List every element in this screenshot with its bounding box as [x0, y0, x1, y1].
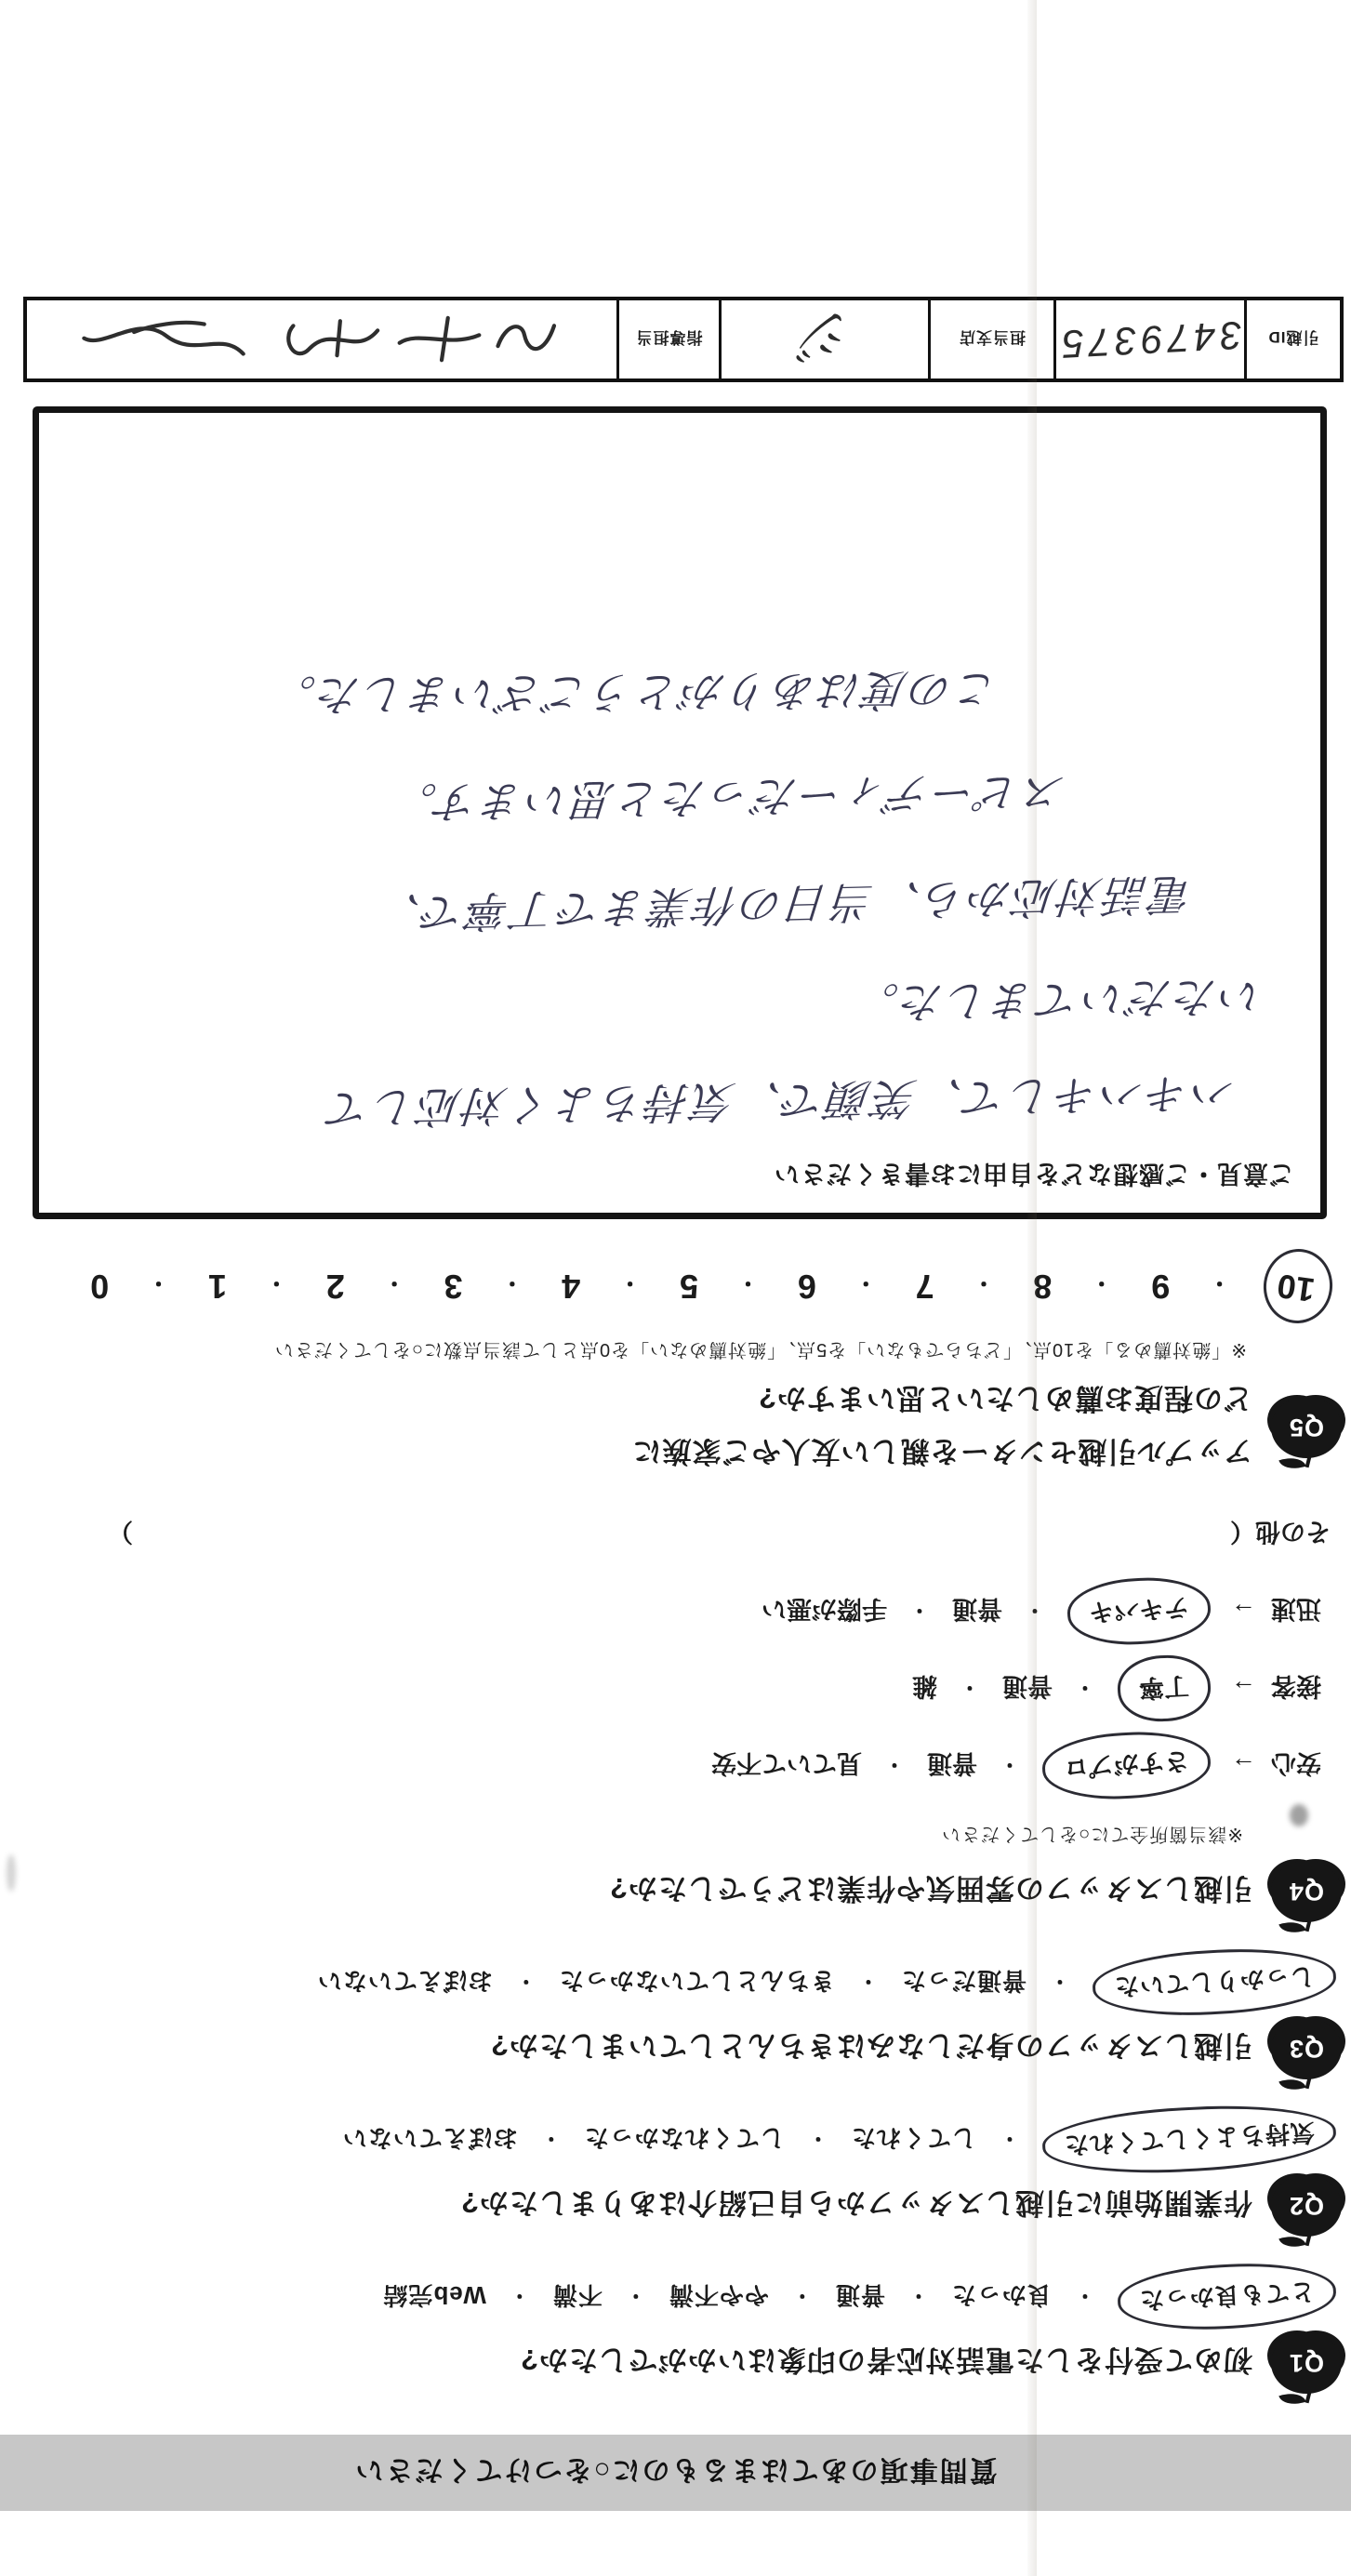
handwritten-comment-line: ハキハキして、笑顔で、気持ちよく対応して	[63, 1065, 1237, 1147]
q5-score-selected: 10	[1259, 1244, 1337, 1328]
q4-row-option: 雑	[912, 1670, 937, 1706]
q4-row-label: 安心	[1271, 1747, 1321, 1784]
separator-dot: ・	[1025, 1597, 1045, 1626]
arrow-icon: →	[1231, 1674, 1256, 1703]
separator-dot: ・	[1075, 1674, 1095, 1703]
paren-open: （	[1230, 1516, 1255, 1552]
apple-badge-icon: Q1	[1271, 2332, 1342, 2394]
q4-row-option-selected: テキパキ	[1066, 1574, 1212, 1648]
q2-text: 作業開始前に引越しスタッフから自己紹介はありましたか?	[460, 2185, 1252, 2227]
q4-row-option-selected: さすがプロ	[1040, 1728, 1212, 1802]
q5-note: ※「絶対薦める」を10点、「どちらでもない」を5点、「絶対薦めない」を0点として…	[0, 1338, 1247, 1365]
q1-option: Web完結	[382, 2279, 485, 2314]
q4-row-option: 普通	[1002, 1670, 1053, 1706]
q4-row-option: 普通	[952, 1593, 1002, 1629]
separator-dot: ・	[909, 1597, 930, 1626]
q3-option-selected: しっかりしていた	[1091, 1944, 1337, 2021]
q1-option: やや不満	[669, 2279, 769, 2314]
separator-dot: ・	[973, 1270, 995, 1303]
branch-label: 担当支店	[931, 300, 1056, 378]
question-q5: Q5 アップル引越センターを親しい友人やご家族に どの程度お薦めしたいと思います…	[0, 1380, 1342, 1475]
q3-option: 普通だった	[901, 1965, 1026, 1999]
q4-badge-label: Q4	[1289, 1878, 1324, 1906]
q4-row-option: 普通	[927, 1747, 977, 1784]
q1-badge-label: Q1	[1289, 2349, 1324, 2378]
q5-score: 1	[208, 1267, 227, 1306]
separator-dot: ・	[1074, 2282, 1095, 2311]
q5-score: 8	[1033, 1267, 1052, 1306]
q4-row-option: 手際が悪い	[762, 1593, 887, 1629]
supervisor-value	[27, 300, 619, 378]
q5-text: アップル引越センターを親しい友人やご家族に どの程度お薦めしたいと思いますか?	[632, 1380, 1252, 1475]
separator-dot: ・	[1049, 1968, 1070, 1997]
comment-box-label: ご意見・ご感想などを自由にお書きください	[65, 1158, 1294, 1194]
q4-row-label: 迅速	[1271, 1593, 1321, 1629]
q5-score: 7	[916, 1267, 934, 1306]
q5-score: 4	[562, 1267, 580, 1306]
separator-dot: ・	[999, 2125, 1020, 2154]
q5-text-line1: アップル引越センターを親しい友人やご家族に	[632, 1435, 1252, 1467]
separator-dot: ・	[791, 2282, 813, 2311]
separator-dot: ・	[854, 1270, 877, 1303]
branch-value: ジ	[722, 300, 931, 378]
paren-close: ）	[108, 1516, 133, 1552]
q5-score: 2	[326, 1267, 345, 1306]
separator-dot: ・	[884, 1751, 905, 1780]
supervisor-label: 指導担当	[619, 300, 722, 378]
moving-id-label: 引越ID	[1247, 300, 1340, 378]
q5-text-line2: どの程度お薦めしたいと思いますか?	[632, 1380, 1252, 1422]
q5-score: 3	[444, 1267, 462, 1306]
apple-badge-icon: Q2	[1271, 2175, 1342, 2237]
question-q2: Q2 作業開始前に引越しスタッフから自己紹介はありましたか?	[0, 2175, 1342, 2237]
handwritten-moving-id: 3479375	[1057, 312, 1244, 366]
question-q4: Q4 引越しスタッフの雰囲気や作業はどうでしたか?	[0, 1861, 1342, 1922]
question-q3: Q3 引越しスタッフの身だしなみはきちんとしていましたか?	[0, 2018, 1342, 2079]
q4-row-sekkyaku: 接客 → 丁寧 ・ 普通 ・ 雑	[0, 1668, 1321, 1708]
separator-dot: ・	[501, 1270, 523, 1303]
scan-smudge	[7, 1854, 16, 1892]
instruction-banner: 質問事項のあてはまるものに○をつけてください	[0, 2435, 1351, 2511]
q3-badge-label: Q3	[1289, 2035, 1324, 2064]
q2-options: 気持ちよくしてくれた ・ してくれた ・ してくれなかった ・ おぼえていない	[0, 2120, 1336, 2158]
q4-row-anshin: 安心 → さすがプロ ・ 普通 ・ 見ていて不安	[0, 1746, 1321, 1786]
q2-option: してくれた	[851, 2122, 976, 2157]
separator-dot: ・	[1209, 1270, 1231, 1303]
separator-dot: ・	[625, 2282, 646, 2311]
q4-text: 引越しスタッフの雰囲気や作業はどうでしたか?	[609, 1871, 1252, 1913]
separator-dot: ・	[515, 1968, 536, 1997]
separator-dot: ・	[619, 1270, 642, 1303]
q1-options: とても良かった ・ 良かった ・ 普通 ・ やや不満 ・ 不満 ・ Web完結	[0, 2277, 1336, 2316]
separator-dot: ・	[509, 2282, 530, 2311]
scan-smudge	[1290, 1804, 1308, 1826]
q1-option-selected: とても良かった	[1116, 2259, 1337, 2334]
question-q1: Q1 初めて受付をした電話対応者の印象はいかがでしたか?	[0, 2332, 1342, 2394]
separator-dot: ・	[383, 1270, 405, 1303]
arrow-icon: →	[1231, 1597, 1256, 1626]
comment-box: ご意見・ご感想などを自由にお書きください ハキハキして、笑顔で、気持ちよく対応し…	[33, 406, 1327, 1219]
apple-badge-icon: Q4	[1271, 1861, 1342, 1922]
q5-score: 6	[798, 1267, 816, 1306]
separator-dot: ・	[736, 1270, 759, 1303]
q5-score: 9	[1151, 1267, 1170, 1306]
separator-dot: ・	[857, 1968, 879, 1997]
separator-dot: ・	[907, 2282, 929, 2311]
q3-option: おぼえていない	[317, 1965, 493, 1999]
separator-dot: ・	[1000, 1751, 1020, 1780]
q4-row-jinsoku: 迅速 → テキパキ ・ 普通 ・ 手際が悪い	[0, 1591, 1321, 1631]
apple-badge-icon: Q5	[1271, 1397, 1342, 1458]
q2-badge-label: Q2	[1289, 2192, 1324, 2221]
q4-row-option: 見ていて不安	[711, 1747, 862, 1784]
separator-dot: ・	[265, 1270, 287, 1303]
q1-option: 不満	[552, 2279, 603, 2314]
q2-option-selected: 気持ちよくしてくれた	[1040, 2100, 1337, 2179]
q3-option: きちんとしていなかった	[559, 1965, 835, 1999]
separator-dot: ・	[1091, 1270, 1113, 1303]
q1-text: 初めて受付をした電話対応者の印象はいかがでしたか?	[520, 2343, 1252, 2384]
q3-options: しっかりしていた ・ 普通だった ・ きちんとしていなかった ・ おぼえていない	[0, 1963, 1336, 2001]
q4-row-option-selected: 丁寧	[1116, 1653, 1212, 1723]
separator-dot: ・	[807, 2125, 828, 2154]
q3-text: 引越しスタッフの身だしなみはきちんとしていましたか?	[490, 2028, 1252, 2070]
q4-row-label: 接客	[1271, 1670, 1321, 1706]
q4-note: ※該当箇所全てに○をしてください	[0, 1823, 1243, 1850]
separator-dot: ・	[540, 2125, 562, 2154]
q1-option: 良かった	[951, 2279, 1052, 2314]
separator-dot: ・	[960, 1674, 980, 1703]
q2-option: してくれなかった	[584, 2122, 785, 2157]
q5-score: 0	[90, 1267, 109, 1306]
q5-score: 5	[680, 1267, 698, 1306]
handwritten-signature	[39, 308, 605, 370]
q5-badge-label: Q5	[1289, 1414, 1324, 1442]
arrow-icon: →	[1231, 1751, 1256, 1780]
handwritten-comment-line: この度はありがとうございました。	[62, 661, 1000, 731]
q1-option: 普通	[835, 2279, 885, 2314]
q4-row-other: その他 （ ）	[0, 1516, 1331, 1552]
moving-id-value: 3479375	[1056, 300, 1247, 378]
separator-dot: ・	[148, 1270, 170, 1303]
q4-other-label: その他	[1255, 1516, 1331, 1552]
instruction-banner-text: 質問事項のあてはまるものに○をつけてください	[353, 2452, 997, 2493]
scanned-survey-sheet: 質問事項のあてはまるものに○をつけてください Q1 初めて受付をした電話対応者の…	[0, 0, 1351, 2576]
handwritten-comment-line: いただいてました。	[63, 968, 1265, 1051]
q2-option: おぼえていない	[342, 2122, 518, 2157]
q5-score-scale: 10 ・ 9 ・ 8 ・ 7 ・ 6 ・ 5 ・ 4 ・ 3 ・ 2 ・ 1 ・…	[90, 1266, 1327, 1307]
staff-id-table: 引越ID 3479375 担当支店 ジ 指導担当	[23, 297, 1344, 382]
handwritten-branch: ジ	[791, 297, 858, 382]
apple-badge-icon: Q3	[1271, 2018, 1342, 2079]
handwritten-comment-line: 電話対応から、当日の作業まで丁寧で、	[63, 866, 1196, 955]
handwritten-comment-line: スピーディーだったと思います。	[63, 764, 1067, 843]
